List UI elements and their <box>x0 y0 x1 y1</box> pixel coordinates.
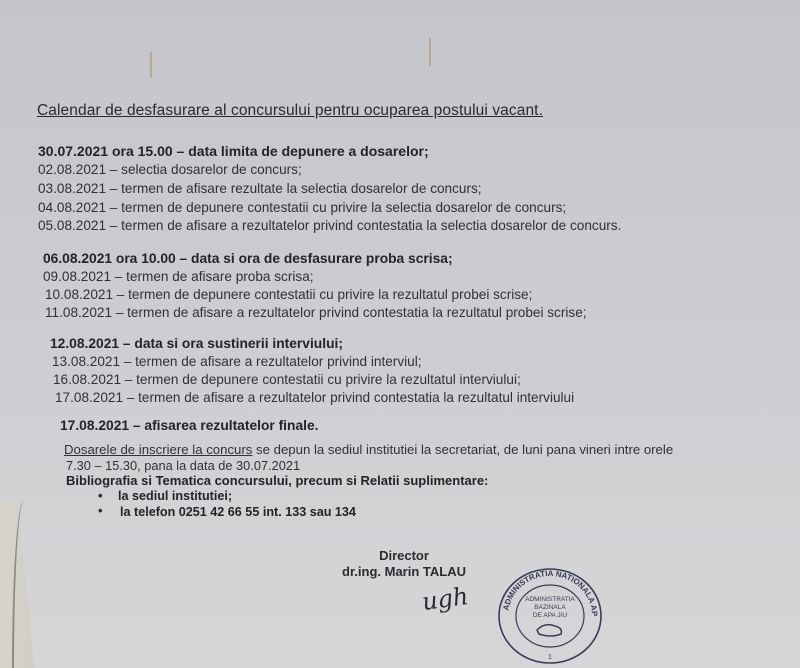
bullet-icon: • <box>98 503 103 518</box>
section-heading: 12.08.2021 – data si ora sustinerii inte… <box>50 336 343 351</box>
list-item: 10.08.2021 – termen de depunere contesta… <box>45 287 532 302</box>
svg-text:1: 1 <box>548 654 552 661</box>
final-results: 17.08.2021 – afisarea rezultatelor final… <box>60 418 318 433</box>
bullet-icon: • <box>98 488 103 503</box>
svg-text:DE APA JIU: DE APA JIU <box>533 612 568 619</box>
official-stamp-icon: ADMINISTRATIA NATIONALA APELE ROMANE ADM… <box>495 566 605 666</box>
list-item: 11.08.2021 – termen de afisare a rezulta… <box>45 305 587 320</box>
submission-rest: se depun la sediul institutiei la secret… <box>252 442 673 457</box>
submission-hours: 7.30 – 15.30, pana la data de 30.07.2021 <box>66 458 300 473</box>
bibliography-item: la telefon 0251 42 66 55 int. 133 sau 13… <box>120 505 356 519</box>
svg-text:ADMINISTRATIA: ADMINISTRATIA <box>525 596 575 603</box>
list-item: 09.08.2021 – termen de afisare proba scr… <box>43 269 314 284</box>
section-heading: 30.07.2021 ora 15.00 – data limita de de… <box>38 143 429 159</box>
list-item: 13.08.2021 – termen de afisare a rezulta… <box>52 354 422 369</box>
submission-underlined: Dosarele de inscriere la concurs <box>64 442 252 457</box>
bibliography-item: la sediul institutiei; <box>118 489 232 503</box>
staple-mark <box>429 38 431 66</box>
bibliography-heading: Bibliografia si Tematica concursului, pr… <box>66 473 488 488</box>
staple-mark <box>150 52 152 78</box>
signer-role: Director <box>334 548 474 563</box>
signer-name: dr.ing. Marin TALAU <box>334 564 474 579</box>
section-heading: 06.08.2021 ora 10.00 – data si ora de de… <box>43 251 453 266</box>
list-item: 02.08.2021 – selectia dosarelor de concu… <box>38 162 302 177</box>
list-item: 16.08.2021 – termen de depunere contesta… <box>53 372 521 387</box>
list-item: 05.08.2021 – termen de afisare a rezulta… <box>38 218 621 233</box>
list-item: 03.08.2021 – termen de afisare rezultate… <box>38 181 482 196</box>
list-item: 04.08.2021 – termen de depunere contesta… <box>38 200 566 215</box>
submission-info: Dosarele de inscriere la concurs se depu… <box>64 442 673 457</box>
list-item: 17.08.2021 – termen de afisare a rezulta… <box>55 390 574 405</box>
document-title: Calendar de desfasurare al concursului p… <box>37 102 543 120</box>
svg-text:BAZINALA: BAZINALA <box>534 604 566 611</box>
